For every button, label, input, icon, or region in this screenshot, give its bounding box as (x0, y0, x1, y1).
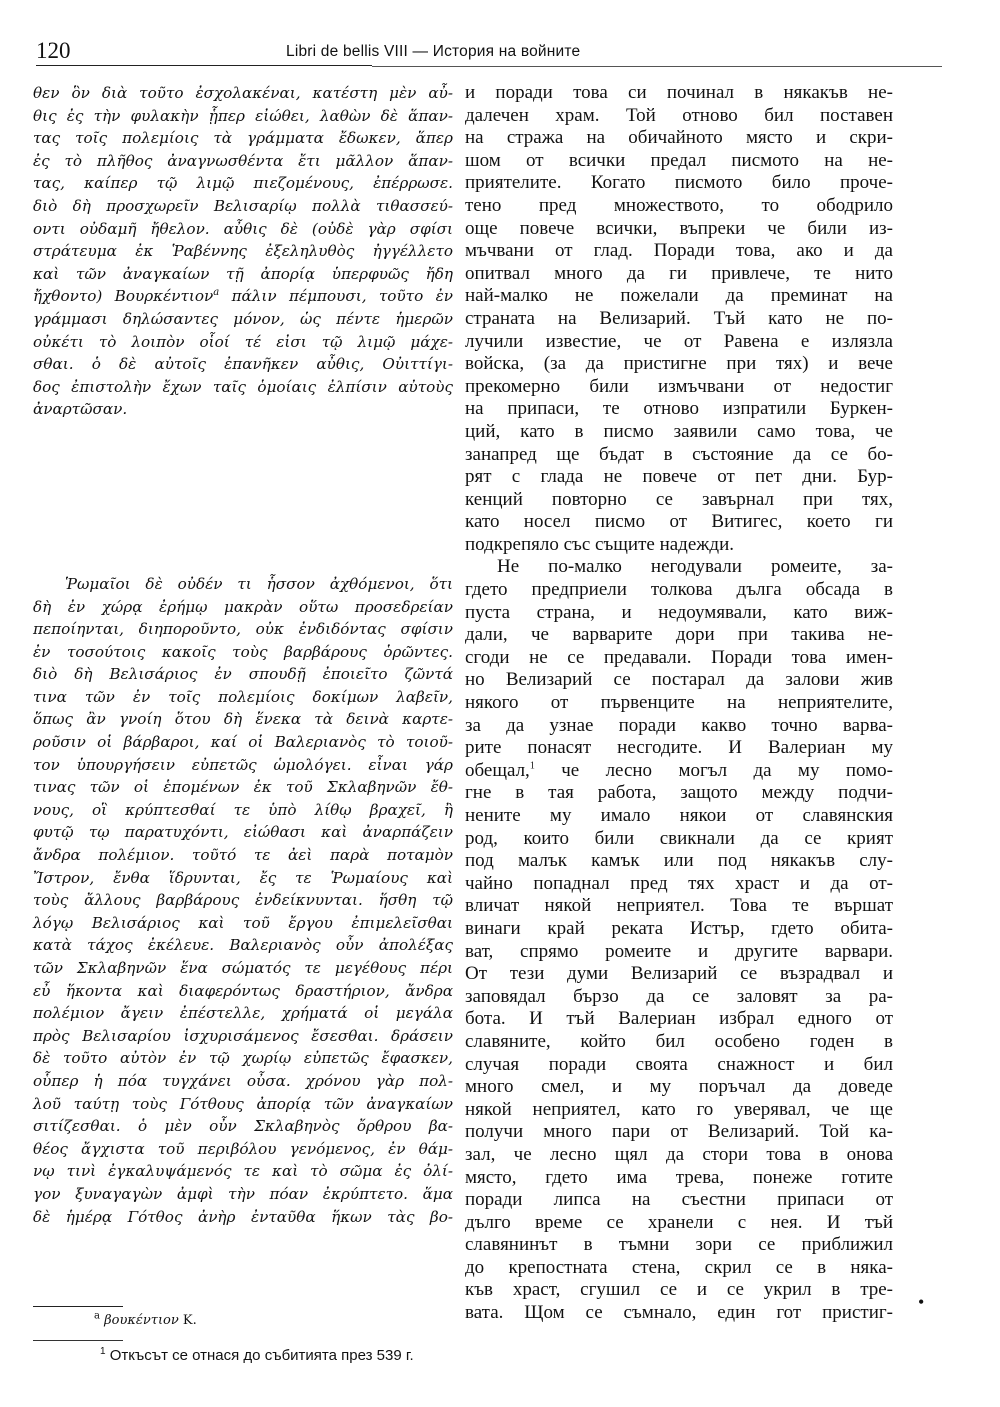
text-line: шом от всички предал писмото на не- (465, 150, 893, 173)
text-line: пуста страна, и недоумявали, като виж- (465, 602, 893, 625)
text-line: много смел, и му поръчал да доведе (465, 1076, 893, 1099)
text-line: славянинът в тъмни зори се приближил (465, 1234, 893, 1257)
text-line: за да узнае поради какво точно варва- (465, 715, 893, 738)
text-line: λοῦ ταύτῃ τοὺς Γότθους ἀπορίᾳ τῶν ἀναγκα… (33, 1093, 453, 1116)
text-line: зал, че лесно щял да стори това в онова (465, 1144, 893, 1167)
book-page: 120 Libri de bellis VIII — История на во… (0, 0, 1000, 1407)
text-line: бота. И тъй Валериан избрал едного от (465, 1008, 893, 1031)
text-line: ἄνδρα πολέμιον. τοῦτό τε ἀεὶ παρὰ ποταμὸ… (33, 844, 453, 867)
page-number: 120 (36, 38, 71, 64)
text-line: като носел писмо от Витигес, което ги (465, 511, 893, 534)
header-rule (36, 65, 372, 66)
text-line: τας, καίπερ τῷ λιμῷ πιεζομένους, ἐπέρρωσ… (33, 172, 453, 195)
text-line: мъчвани от глад. Поради това, ако и да (465, 240, 893, 263)
text-line: φυτῷ τῳ παρατυχόντι, εἰώθασι καὶ ἀναρπάζ… (33, 821, 453, 844)
text-line: ἀναρτῶσαν. (33, 398, 453, 421)
text-line: рите понасят несгодите. И Валериан му (465, 737, 893, 760)
column-gap (33, 421, 453, 573)
text-line: приятелите. Когато писмото било проче- (465, 172, 893, 195)
bulgarian-text-column: и поради това си починал в някакъв не- д… (465, 82, 893, 1325)
apparatus-note-marker: a (94, 1311, 100, 1322)
text-line: на припаси, те отново изпратили Буркен- (465, 398, 893, 421)
greek-paragraph-1: θεν ὃν διὰ τοῦτο ἐσχολακέναι, κατέστη μὲ… (33, 82, 453, 421)
text-line: θέος ἄγχιστα τοῦ περιβόλου γενόμενος, ἐν… (33, 1138, 453, 1161)
text-line: дълго време се хранели с нея. И тъй (465, 1212, 893, 1235)
text-line: πεποίηνται, διηποροῦντο, οὐκ ἐνδιδόντας … (33, 618, 453, 641)
apparatus-variant: βουκέντιον (104, 1313, 179, 1328)
text-line: под малък камък или под някакъв слу- (465, 850, 893, 873)
text-line: заповядал бързо да се заловят за ра- (465, 986, 893, 1009)
text-line: опитвал много да ги привлече, те нито (465, 263, 893, 286)
text-line: лучили известие, че от Равена е излязла (465, 331, 893, 354)
page-header: 120 Libri de bellis VIII — История на во… (36, 36, 931, 66)
text-line: θις ἐς τὴν φυλακὴν ᾗπερ εἰώθει, λαθὼν δὲ… (33, 105, 453, 128)
text-line: поради липса на съестни припаси от (465, 1189, 893, 1212)
footnote-1: 1 Откъсът се отнася до събитията през 53… (100, 1347, 414, 1364)
text-line: случая поради своята снажност и бил (465, 1054, 893, 1077)
greek-text-column: θεν ὃν διὰ τοῦτο ἐσχολακέναι, κατέστη μὲ… (33, 82, 453, 1228)
apparatus-note: a βουκέντιον K. (94, 1313, 197, 1328)
text-line: τινας τῶν οἱ ἑπομένων ἐκ τοῦ Σκλαβηνῶν ἔ… (33, 776, 453, 799)
text-line: някой неприятел, като го уверявал, че ще (465, 1099, 893, 1122)
footnote-rule-2 (33, 1340, 123, 1341)
text-line: дали, че варварите дори при такива не- (465, 624, 893, 647)
text-line: ροῦσιν οἱ βάρβαροι, καί οἱ Βαλεριανὸς τὸ… (33, 731, 453, 754)
text-line: διὸ δὴ Βελισάριος ἐν σπουδῇ ἐποιεῖτο ζῶν… (33, 663, 453, 686)
text-line: кенций повторно се завърнал при тях, (465, 489, 893, 512)
text-line: οὗπερ ἡ πόα τυγχάνει οὖσα. χρόνου γὰρ πο… (33, 1070, 453, 1093)
text-line: καὶ τῶν ἀναγκαίων τῇ ἀπορίᾳ ὑπερφυῶς ἤδη (33, 263, 453, 286)
text-line: νῳ τινὶ ἐγκαλυψάμενός τε καὶ τὸ σῶμα ἐς … (33, 1160, 453, 1183)
text-line: ват, спрямо ромеите и другите варвари. (465, 941, 893, 964)
text-line: γον ξυναγαγὼν ἀμφὶ τὴν πόαν ἐκρύπτετο. ἅ… (33, 1183, 453, 1206)
text-line: λόγῳ Βελισάριος καὶ τοῦ ἔργου ἐπιμελεῖσθ… (33, 912, 453, 935)
text-line: πολέμιον ἄγειν ἐπέστελλε, χρήματά οἱ μεγ… (33, 1002, 453, 1025)
bulgarian-paragraph-1: и поради това си починал в някакъв не- д… (465, 82, 893, 556)
text-line: Ἴστρον, ἔνθα ἵδρυνται, ἔς τε Ῥωμαίους κα… (33, 867, 453, 890)
text-line: ἐν τοσούτοις κακοῖς τοὺς βαρβάρους ὁρῶντ… (33, 641, 453, 664)
text-line: подкрепяло със същите надежди. (465, 534, 893, 557)
text-line: От тези думи Велизарий се възрадвал и (465, 963, 893, 986)
text-line: гне в тая работа, защото между подчи- (465, 782, 893, 805)
text-line: Ῥωμαῖοι δὲ οὐδέν τι ἧσσον ἀχθόμενοι, ὅτι (33, 573, 453, 596)
text-line: страната на Велизарий. Тъй като не по- (465, 308, 893, 331)
text-line: рят с глада не повече от пет дни. Бур- (465, 466, 893, 489)
text-line: къв храст, сгушил се и се укрил в тре- (465, 1279, 893, 1302)
text-line: най-малко не пожелали да преминат на (465, 285, 893, 308)
text-line: οντι οὐδαμῆ ἤθελον. αὖθις δὲ (οὐδὲ γὰρ σ… (33, 218, 453, 241)
footnote-1-text: Откъсът се отнася до събитията през 539 … (106, 1347, 414, 1364)
text-line: ὅπως ἂν γνοίη ὅτου δὴ ἕνεκα τὰ δεινὰ καρ… (33, 708, 453, 731)
running-title: Libri de bellis VIII — История на войнит… (286, 43, 580, 61)
text-line: нените му имало някои от славянския (465, 805, 893, 828)
text-line: винаги край реката Истър, гдето обита- (465, 918, 893, 941)
text-line: още повече всички, въпреки че били из- (465, 218, 893, 241)
bulgarian-paragraph-2: Не по-малко негодували ромеите, за- гдет… (465, 556, 893, 1324)
text-line: εὖ ἥκοντα καὶ διαφερόντως δραστήριον, ἄν… (33, 980, 453, 1003)
footnote-rule (33, 1306, 123, 1307)
text-line: τας τοῖς πολεμίοις τὰ γράμματα ἔδωκεν, ἅ… (33, 127, 453, 150)
text-line: място, гдето има трева, понеже готите (465, 1167, 893, 1190)
apparatus-siglum: K. (179, 1313, 197, 1328)
text-line: но Велизарий се постарал да залови жив (465, 669, 893, 692)
text-line: вличат някой неприятел. Това те вършат (465, 895, 893, 918)
text-line: вата. Щом се съмнало, един гот пристиг- (465, 1302, 893, 1325)
text-line: славяните, който бил особено годен в (465, 1031, 893, 1054)
text-line: νους, οἳ κρύπτεσθαί τε ὑπὸ λίθῳ βραχεῖ, … (33, 799, 453, 822)
text-line: чайно попаднал пред тях храст и да от- (465, 873, 893, 896)
text-line: на стража на обичайното място и скри- (465, 127, 893, 150)
text-line: ἤχθοντο) Βουρκέντιονa πάλιν πέμπουσι, το… (33, 285, 453, 308)
text-line: δὲ τοῦτο αὐτὸν ἐν τῷ χωρίῳ εὐπετῶς ἔφασκ… (33, 1047, 453, 1070)
text-line: някого от първенците на неприятелите, (465, 692, 893, 715)
text-line: обещал,1 че лесно могъл да му помо- (465, 760, 893, 783)
text-line: διὸ δὴ προσχωρεῖν Βελισαρίῳ πολλὰ τιθασσ… (33, 195, 453, 218)
text-line: δὲ ἡμέρᾳ Γότθος ἀνὴρ ἐνταῦθα ἥκων τὰς βο… (33, 1206, 453, 1229)
text-line: ἐς τὸ πλῆθος ἀναγνωσθέντα ἔτι μᾶλλον ἅπα… (33, 150, 453, 173)
text-line: гдето предприели толкова дълга обсада в (465, 579, 893, 602)
text-line: σιτίζεσθαι. ὁ μὲν οὖν Σκλαβηνὸς ὄρθρου β… (33, 1115, 453, 1138)
text-line: Не по-малко негодували ромеите, за- (465, 556, 893, 579)
greek-paragraph-2: Ῥωμαῖοι δὲ οὐδέν τι ἧσσον ἀχθόμενοι, ὅτι… (33, 573, 453, 1228)
text-line: στράτευμα ἐκ Ῥαβέννης ἐξεληλυθὸς ἠγγέλλε… (33, 240, 453, 263)
text-line: τινα τῶν ἐν τοῖς πολεμίοις δοκίμων λαβεῖ… (33, 686, 453, 709)
text-line: до крепостната стена, скрил се в няка- (465, 1257, 893, 1280)
text-line: прекомерно били измъчвани от недостиг (465, 376, 893, 399)
text-line: γράμμασι δηλώσαντες μόνον, ὡς πέντε ἡμερ… (33, 308, 453, 331)
text-line: далечен храм. Той отново бил поставен (465, 105, 893, 128)
text-line: ций, като в писмо заявили само това, че (465, 421, 893, 444)
text-line: σθαι. ὁ δὲ αὐτοῖς ἐπανῆκεν αὖθις, Οὐιττί… (33, 353, 453, 376)
text-line: κατὰ τάχος ἐκέλευε. Βαλεριανὸς οὖν ἀπολέ… (33, 934, 453, 957)
text-line: получи много пари от Велизарий. Той ка- (465, 1121, 893, 1144)
text-line: занапред ще бъдат в състояние да се бо- (465, 444, 893, 467)
text-line: θεν ὃν διὰ τοῦτο ἐσχολακέναι, κατέστη μὲ… (33, 82, 453, 105)
text-line: τῶν Σκλαβηνῶν ἕνα σώματός τε μεγέθους πέ… (33, 957, 453, 980)
text-line: и поради това си починал в някакъв не- (465, 82, 893, 105)
stray-mark: • (918, 1292, 924, 1313)
text-line: οὐκέτι τὸ λοιπὸν οἷοί τέ εἰσι τῷ λιμῷ μά… (33, 331, 453, 354)
header-rule-right (372, 66, 942, 67)
text-line: πρὸς Βελισαρίου ἰσχυρισάμενος ἔσεσθαι. δ… (33, 1025, 453, 1048)
text-line: войска, (за да пристигне при тях) и вече (465, 353, 893, 376)
text-line: тено пред множеството, то ободрило (465, 195, 893, 218)
text-line: δὴ ἐν χώρᾳ ἐρήμῳ μακρὰν οὕτω προσεδρείαν (33, 596, 453, 619)
text-line: род, които били свикнали да се крият (465, 828, 893, 851)
text-line: τοὺς ἄλλους βαρβάρους ἐνδείκνυνται. ἥσθη… (33, 889, 453, 912)
text-line: δος ἐπιστολὴν ἔχων ταῖς ὁμοίαις ἐλπίσιν … (33, 376, 453, 399)
text-line: τον ὑπουργήσειν εὐπετῶς ὡμολόγει. εἶναι … (33, 754, 453, 777)
text-line: сгоди не се предавали. Поради това имен- (465, 647, 893, 670)
